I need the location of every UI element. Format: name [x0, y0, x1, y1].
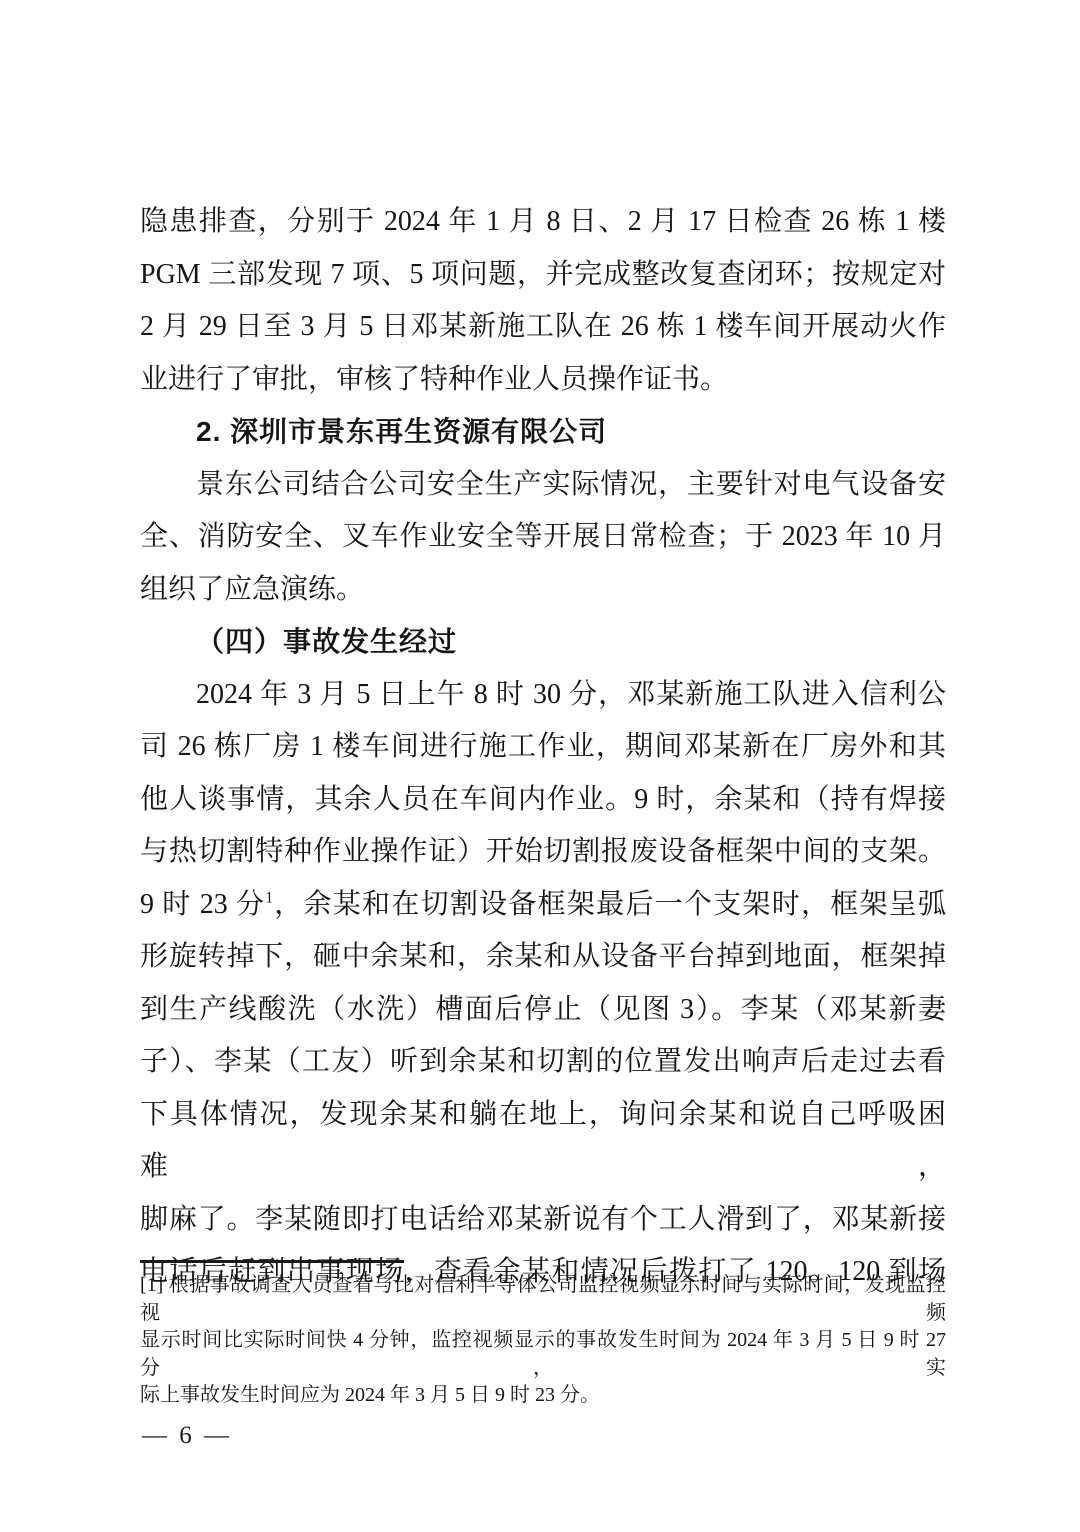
- body-line: 子）、李某（工友）听到余某和切割的位置发出响声后走过去看: [140, 1036, 946, 1089]
- body-line: 司 26 栋厂房 1 楼车间进行施工作业，期间邓某新在厂房外和其: [140, 721, 946, 774]
- body-line: 到生产线酸洗（水洗）槽面后停止（见图 3）。李某（邓某新妻: [140, 984, 946, 1037]
- footnote-line: [1] 根据事故调查人员查看与比对信利半导体公司监控视频显示时间与实际时间，发现…: [140, 1272, 946, 1327]
- body-line: 组织了应急演练。: [140, 564, 946, 617]
- footnote-section: [1] 根据事故调查人员查看与比对信利半导体公司监控视频显示时间与实际时间，发现…: [140, 1260, 946, 1410]
- body-line: 与热切割特种作业操作证）开始切割报废设备框架中间的支架。: [140, 826, 946, 879]
- body-line: PGM 三部发现 7 项、5 项问题，并完成整改复查闭环；按规定对: [140, 249, 946, 302]
- document-page: 隐患排查，分别于 2024 年 1 月 8 日、2 月 17 日检查 26 栋 …: [0, 0, 1080, 1532]
- footnote-separator-rule: [140, 1260, 404, 1263]
- text-run: ，余某和在切割设备框架最后一个支架时，框架呈弧: [273, 889, 946, 920]
- body-line: 业进行了审批，审核了特种作业人员操作证书。: [140, 354, 946, 407]
- footnote-text: [1] 根据事故调查人员查看与比对信利半导体公司监控视频显示时间与实际时间，发现…: [140, 1272, 946, 1410]
- page-number: — 6 —: [142, 1422, 232, 1450]
- footnote-reference: 1: [265, 889, 273, 906]
- body-line: 脚麻了。李某随即打电话给邓某新说有个工人滑到了，邓某新接: [140, 1194, 946, 1247]
- body-line: 景东公司结合公司安全生产实际情况，主要针对电气设备安: [140, 459, 946, 512]
- body-line: 他人谈事情，其余人员在车间内作业。9 时，余某和（持有焊接: [140, 774, 946, 827]
- body-line: 2024 年 3 月 5 日上午 8 时 30 分，邓某新施工队进入信利公: [140, 669, 946, 722]
- heading-line: （四）事故发生经过: [140, 616, 946, 669]
- text-run: 9 时 23 分: [140, 889, 265, 920]
- body-line: 隐患排查，分别于 2024 年 1 月 8 日、2 月 17 日检查 26 栋 …: [140, 196, 946, 249]
- body-line: 9 时 23 分1，余某和在切割设备框架最后一个支架时，框架呈弧: [140, 879, 946, 932]
- body-line: 2 月 29 日至 3 月 5 日邓某新施工队在 26 栋 1 楼车间开展动火作: [140, 301, 946, 354]
- document-body: 隐患排查，分别于 2024 年 1 月 8 日、2 月 17 日检查 26 栋 …: [140, 196, 946, 1299]
- footnote-line: 际上事故发生时间应为 2024 年 3 月 5 日 9 时 23 分。: [140, 1382, 946, 1410]
- body-line: 形旋转掉下，砸中余某和，余某和从设备平台掉到地面，框架掉: [140, 931, 946, 984]
- body-line: 下具体情况，发现余某和躺在地上，询问余某和说自己呼吸困难，: [140, 1089, 946, 1194]
- footnote-line: 显示时间比实际时间快 4 分钟，监控视频显示的事故发生时间为 2024 年 3 …: [140, 1327, 946, 1382]
- body-line: 全、消防安全、叉车作业安全等开展日常检查；于 2023 年 10 月: [140, 511, 946, 564]
- heading-line: 2. 深圳市景东再生资源有限公司: [140, 406, 946, 459]
